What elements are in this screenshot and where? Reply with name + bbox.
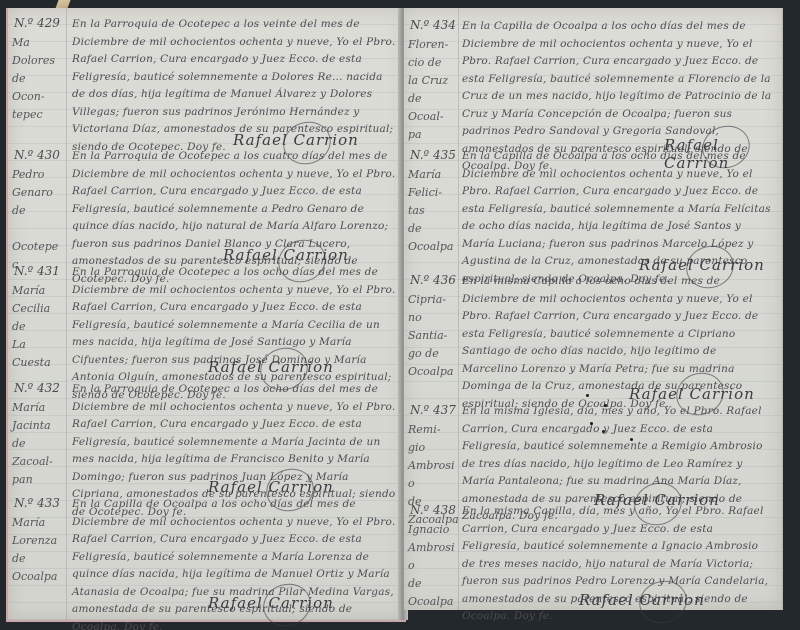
entry-429: N.º 429 Ma Dolores de Ocon- tepec En la … (8, 16, 406, 156)
margin-name: María Jacinta de Zacoal- pan (12, 399, 64, 489)
entry-437: N.º 437 Remi- gio Ambrosio de Zacoalpa E… (404, 403, 782, 513)
margin-name: Floren- cio de la Cruz de Ocoal- pa (408, 36, 460, 144)
entry-number: N.º 434 (410, 18, 456, 32)
entry-433: N.º 433 María Lorenza de Ocoalpa En la C… (8, 496, 406, 616)
entry-number: N.º 438 (410, 503, 456, 517)
entry-435: N.º 435 María Felici- tas de Ocoalpa En … (404, 148, 782, 273)
margin-name: Cipria- no Santia- go de Ocoalpa (408, 291, 460, 381)
entry-number: N.º 433 (14, 496, 60, 510)
entry-number: N.º 435 (410, 148, 456, 162)
right-page: N.º 434 Floren- cio de la Cruz de Ocoal-… (404, 8, 783, 610)
entry-number: N.º 436 (410, 273, 456, 287)
ink-speck (590, 422, 593, 425)
entry-430: N.º 430 Pedro Genaro de Ocotepec En la P… (8, 148, 406, 273)
entry-436: N.º 436 Cipria- no Santia- go de Ocoalpa… (404, 273, 782, 393)
entry-number: N.º 432 (14, 381, 60, 395)
margin-name: Ignacio Ambrosio de Ocoalpa (408, 521, 460, 611)
left-page: N.º 429 Ma Dolores de Ocon- tepec En la … (6, 8, 406, 622)
margin-name: Pedro Genaro de Ocotepec (12, 166, 64, 274)
margin-name: María Lorenza de Ocoalpa (12, 514, 64, 586)
entry-number: N.º 431 (14, 264, 60, 278)
margin-name: Ma Dolores de Ocon- tepec (12, 34, 64, 124)
margin-name: María Cecilia de La Cuesta (12, 282, 64, 372)
margin-name: María Felici- tas de Ocoalpa (408, 166, 460, 256)
ink-speck (586, 394, 589, 397)
ink-speck (630, 438, 633, 441)
entry-438: N.º 438 Ignacio Ambrosio de Ocoalpa En l… (404, 503, 782, 608)
ink-speck (602, 430, 605, 433)
entry-432: N.º 432 María Jacinta de Zacoal- pan En … (8, 381, 406, 501)
entry-431: N.º 431 María Cecilia de La Cuesta En la… (8, 264, 406, 384)
entry-number: N.º 430 (14, 148, 60, 162)
entry-number: N.º 437 (410, 403, 456, 417)
ink-speck (604, 404, 607, 407)
register-spread: N.º 429 Ma Dolores de Ocon- tepec En la … (0, 0, 800, 630)
entry-number: N.º 429 (14, 16, 60, 30)
entry-434: N.º 434 Floren- cio de la Cruz de Ocoal-… (404, 18, 782, 153)
